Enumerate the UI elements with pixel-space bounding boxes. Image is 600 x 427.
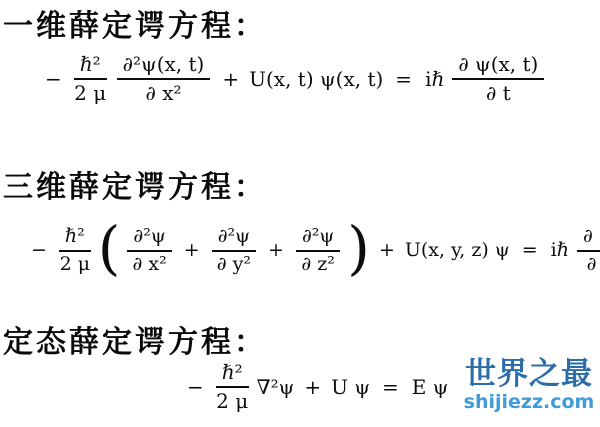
time-derivative-fraction: ∂ ψ ∂ t bbox=[577, 226, 600, 276]
fraction-numerator: ∂²ψ bbox=[212, 226, 256, 252]
equals-sign: = bbox=[522, 240, 539, 262]
equals-sign: = bbox=[395, 68, 413, 91]
potential-term: U(x, t) ψ(x, t) bbox=[249, 68, 383, 91]
fraction-denominator: 2 μ bbox=[60, 252, 90, 276]
fraction-numerator: ∂²ψ bbox=[296, 226, 340, 252]
i-hbar-term: iℏ bbox=[425, 68, 444, 91]
fraction-denominator: 2 μ bbox=[216, 388, 248, 413]
fraction-denominator: ∂ t bbox=[486, 80, 511, 105]
minus-sign: − bbox=[31, 240, 47, 262]
right-parenthesis: ) bbox=[347, 224, 370, 273]
plus-sign: + bbox=[379, 240, 395, 262]
plus-sign: + bbox=[304, 376, 321, 399]
plus-sign: + bbox=[222, 68, 239, 91]
potential-term: U(x, y, z) ψ bbox=[405, 240, 510, 262]
hbar-coefficient-fraction: ℏ² 2 μ bbox=[59, 226, 91, 276]
fraction-denominator: ∂ t bbox=[587, 252, 600, 276]
second-derivative-x-fraction: ∂²ψ ∂ x² bbox=[127, 226, 171, 276]
fraction-denominator: ∂ x² bbox=[146, 80, 182, 105]
fraction-numerator: ℏ² bbox=[216, 361, 249, 388]
plus-sign: + bbox=[268, 240, 284, 262]
equation-1d: − ℏ² 2 μ ∂²ψ(x, t) ∂ x² + U(x, t) ψ(x, t… bbox=[38, 42, 549, 116]
fraction-numerator: ∂ ψ bbox=[577, 226, 600, 252]
fraction-numerator: ℏ² bbox=[74, 53, 107, 80]
hbar-coefficient-fraction: ℏ² 2 μ bbox=[216, 361, 249, 413]
fraction-denominator: ∂ y² bbox=[217, 252, 251, 276]
equation-stationary: − ℏ² 2 μ ∇²ψ + U ψ = E ψ bbox=[180, 358, 451, 416]
equations-page: 一维薛定谔方程： − ℏ² 2 μ ∂²ψ(x, t) ∂ x² + U(x, … bbox=[0, 0, 600, 427]
fraction-denominator: ∂ x² bbox=[132, 252, 166, 276]
site-watermark: 世界之最 shijiezz.com bbox=[458, 357, 600, 413]
watermark-site-url: shijiezz.com bbox=[458, 391, 600, 413]
heading-stationary-schrodinger: 定态薛定谔方程： bbox=[3, 317, 267, 361]
minus-sign: − bbox=[45, 68, 62, 91]
fraction-numerator: ℏ² bbox=[59, 226, 91, 252]
fraction-denominator: ∂ z² bbox=[301, 252, 335, 276]
equals-sign: = bbox=[382, 376, 400, 399]
heading-3d-schrodinger: 三维薛定谔方程： bbox=[3, 162, 267, 206]
left-parenthesis: ( bbox=[98, 224, 121, 273]
fraction-numerator: ∂ ψ(x, t) bbox=[452, 53, 544, 80]
time-derivative-fraction: ∂ ψ(x, t) ∂ t bbox=[452, 53, 544, 105]
equation-3d: − ℏ² 2 μ ( ∂²ψ ∂ x² + ∂²ψ ∂ y² + ∂²ψ ∂ z… bbox=[24, 208, 600, 294]
i-hbar-term: iℏ bbox=[551, 240, 569, 262]
minus-sign: − bbox=[187, 376, 204, 399]
watermark-brand-text: 世界之最 bbox=[458, 357, 600, 391]
energy-term: E ψ bbox=[412, 376, 449, 399]
plus-sign: + bbox=[184, 240, 200, 262]
fraction-numerator: ∂²ψ(x, t) bbox=[117, 53, 211, 80]
second-derivative-z-fraction: ∂²ψ ∂ z² bbox=[296, 226, 340, 276]
second-derivative-y-fraction: ∂²ψ ∂ y² bbox=[212, 226, 256, 276]
potential-term: U ψ bbox=[331, 376, 370, 399]
laplacian-term: ∇²ψ bbox=[257, 376, 295, 399]
fraction-numerator: ∂²ψ bbox=[127, 226, 171, 252]
second-derivative-x-fraction: ∂²ψ(x, t) ∂ x² bbox=[117, 53, 211, 105]
fraction-denominator: 2 μ bbox=[74, 80, 106, 105]
hbar-coefficient-fraction: ℏ² 2 μ bbox=[74, 53, 107, 105]
heading-1d-schrodinger: 一维薛定谔方程： bbox=[3, 1, 267, 45]
